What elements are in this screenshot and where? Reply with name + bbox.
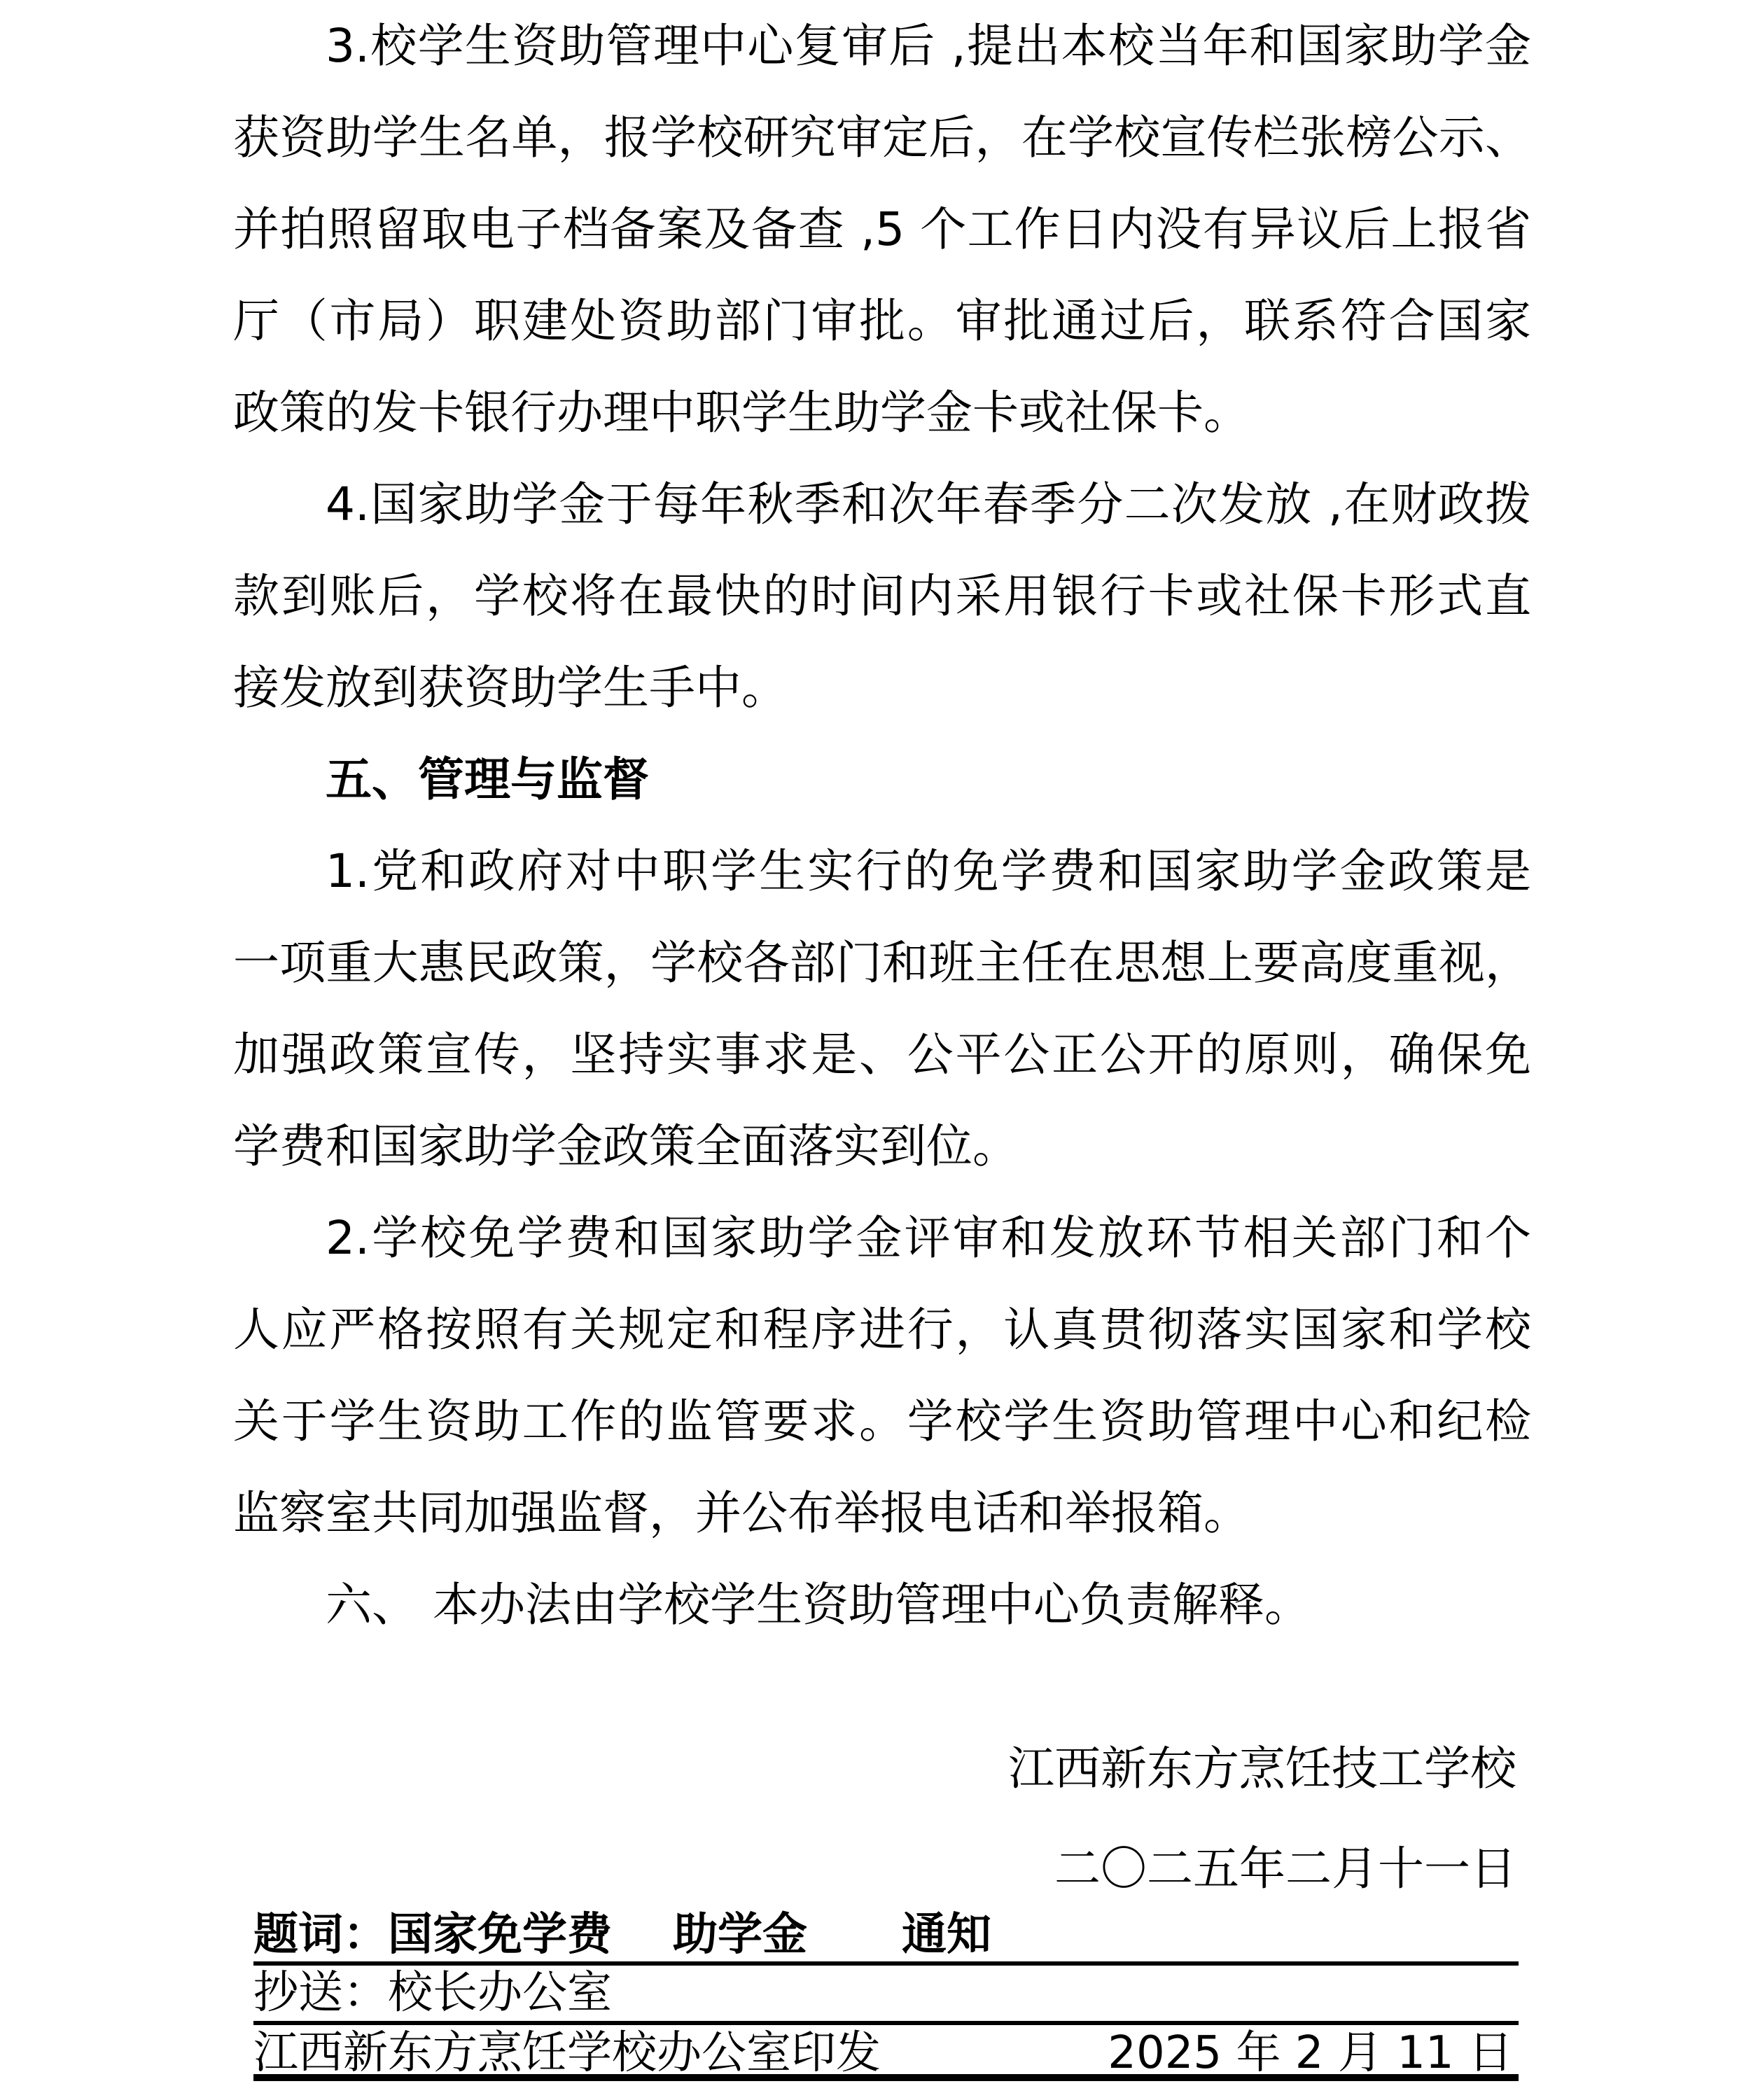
keywords-label: 题词： xyxy=(253,1909,388,1961)
body-line: 政策的发卡银行办理中职学生助学金卡或社保卡。 xyxy=(233,367,1531,458)
body-line: 2.学校免学费和国家助学金评审和发放环节相关部门和个 xyxy=(233,1192,1531,1284)
body-line: 获资助学生名单，报学校研究审定后，在学校宣传栏张榜公示、 xyxy=(233,92,1531,183)
section-heading: 五、管理与监督 xyxy=(233,734,1531,825)
document-record-block: 题词：国家免学费助学金通知 抄送：校长办公室 江西新东方烹饪学校办公室印发 20… xyxy=(253,1908,1519,2081)
body-line: 1.党和政府对中职学生实行的免学费和国家助学金政策是 xyxy=(233,825,1531,917)
signature-school-name: 江西新东方烹饪技工学校 xyxy=(1008,1723,1516,1814)
keywords-row: 题词：国家免学费助学金通知 xyxy=(253,1908,1519,1966)
body-line: 并拍照留取电子档备案及备查 ,5 个工作日内没有异议后上报省 xyxy=(233,183,1531,275)
body-line: 3.校学生资助管理中心复审后 ,提出本校当年和国家助学金 xyxy=(233,0,1531,92)
issue-date: 2025 年 2 月 11 日 xyxy=(1108,2025,1513,2074)
body-line: 厅（市局）职建处资助部门审批。审批通过后，联系符合国家 xyxy=(233,275,1531,367)
body-line: 关于学生资助工作的监管要求。学校学生资助管理中心和纪检 xyxy=(233,1375,1531,1467)
document-body: 3.校学生资助管理中心复审后 ,提出本校当年和国家助学金 获资助学生名单，报学校… xyxy=(233,0,1531,1651)
body-line: 一项重大惠民政策，学校各部门和班主任在思想上要高度重视， xyxy=(233,917,1531,1009)
issuer-row: 江西新东方烹饪学校办公室印发 2025 年 2 月 11 日 xyxy=(253,2025,1519,2081)
body-line: 接发放到获资助学生手中。 xyxy=(233,642,1531,734)
keyword-term: 通知 xyxy=(902,1909,991,1961)
body-line: 学费和国家助学金政策全面落实到位。 xyxy=(233,1100,1531,1192)
body-line: 款到账后，学校将在最快的时间内采用银行卡或社保卡形式直 xyxy=(233,550,1531,642)
signature-date: 二〇二五年二月十一日 xyxy=(1054,1823,1516,1914)
keyword-term: 助学金 xyxy=(673,1909,807,1961)
body-line: 监察室共同加强监督，并公布举报电话和举报箱。 xyxy=(233,1467,1531,1559)
body-line: 六、 本办法由学校学生资助管理中心负责解释。 xyxy=(233,1559,1531,1651)
body-line: 人应严格按照有关规定和程序进行，认真贯彻落实国家和学校 xyxy=(233,1284,1531,1375)
document-page: 3.校学生资助管理中心复审后 ,提出本校当年和国家助学金 获资助学生名单，报学校… xyxy=(0,0,1737,2100)
issuer-name: 江西新东方烹饪学校办公室印发 xyxy=(253,2025,881,2074)
body-line: 4.国家助学金于每年秋季和次年春季分二次发放 ,在财政拨 xyxy=(233,458,1531,550)
body-line: 加强政策宣传，坚持实事求是、公平公正公开的原则，确保免 xyxy=(233,1009,1531,1100)
cc-row: 抄送：校长办公室 xyxy=(253,1966,1519,2025)
keyword-term: 国家免学费 xyxy=(388,1909,612,1961)
